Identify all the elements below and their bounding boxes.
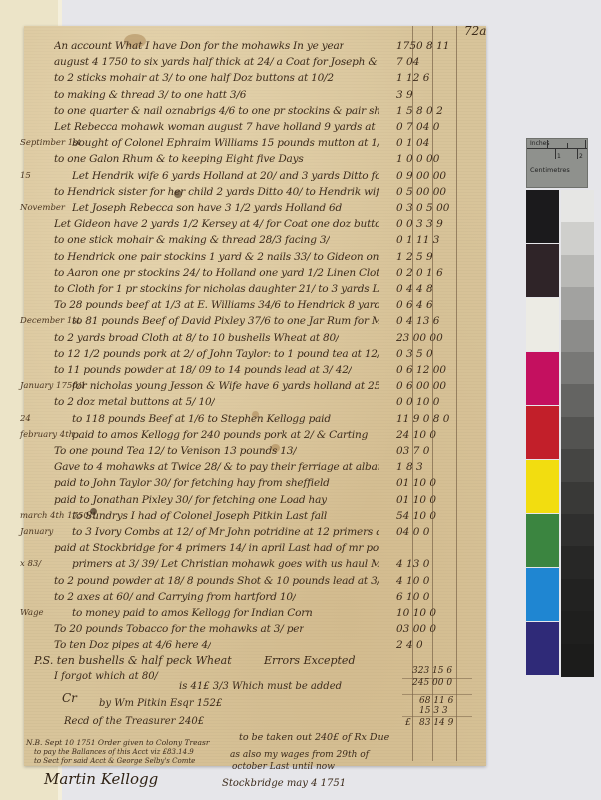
ledger-entry: to Cloth for 1 pr stockins for nicholas … xyxy=(54,283,379,295)
entry-amount: 4 13 0 xyxy=(396,558,429,570)
margin-note: february 4th xyxy=(20,430,74,440)
entry-amount: 0 1 11 3 xyxy=(396,234,439,246)
ruler-tick xyxy=(555,149,556,159)
total-line-4: 15 3 3 xyxy=(419,706,448,716)
entry-amount: 23 00 00 xyxy=(396,332,443,344)
ledger-entry: to 2 yards broad Cloth at 8/ to 10 bushe… xyxy=(54,332,339,344)
ledger-entry: paid to amos Kellogg for 240 pounds pork… xyxy=(72,429,368,441)
swatch-white xyxy=(526,298,559,351)
gray-step xyxy=(561,190,594,223)
entry-amount: 1 5 8 0 2 xyxy=(396,105,443,117)
total-rule xyxy=(402,694,472,695)
ruler-number-1: 1 xyxy=(557,153,561,160)
total-rule xyxy=(402,716,472,717)
gray-step xyxy=(561,384,594,417)
ruler-number-2: 2 xyxy=(579,153,583,160)
swatch-blue-violet xyxy=(526,622,559,675)
ledger-entry: to one Galon Rhum & to keeping Eight fiv… xyxy=(54,153,304,165)
margin-note: January xyxy=(20,527,53,537)
entry-amount: 0 6 4 6 xyxy=(396,299,433,311)
ledger-entry: to 11 pounds powder at 18/ 09 to 14 poun… xyxy=(54,364,352,376)
ledger-entry: for nicholas young Jesson & Wife have 6 … xyxy=(72,380,379,392)
column-rule xyxy=(432,26,433,761)
gray-step xyxy=(561,546,594,579)
entry-amount: 0 4 13 6 xyxy=(396,315,439,327)
entry-amount: 01 10 0 xyxy=(396,494,436,506)
ledger-entry: to 2 axes at 60/ and Carrying from hartf… xyxy=(54,591,296,603)
swatch-dark-brown xyxy=(526,244,559,297)
gray-step xyxy=(561,352,594,385)
entry-amount: 0 7 04 0 xyxy=(396,121,439,133)
credit-line: by Wm Pitkin Esqr 152£ xyxy=(99,698,222,709)
gray-step xyxy=(561,611,594,644)
ledger-entry: Let Rebecca mohawk woman august 7 have h… xyxy=(54,121,379,133)
ps-line-2b: is 41£ 3/3 Which must be added xyxy=(179,681,342,692)
ruler-centimetres-label: Centimetres xyxy=(530,166,570,174)
entry-amount: 11 9 0 8 0 xyxy=(396,413,449,425)
ledger-entry: paid at Stockbridge for 4 primers 14/ in… xyxy=(54,542,379,554)
ledger-entry: To 28 pounds beef at 1/3 at E. Williams … xyxy=(54,299,379,311)
swatch-cyan xyxy=(526,568,559,621)
margin-note: November xyxy=(20,203,65,213)
swatch-green xyxy=(526,514,559,567)
ledger-page: 72a An account What I have Don for the m… xyxy=(24,26,486,766)
nb-line-2: to pay the Ballances of this Acct viz £8… xyxy=(34,748,194,756)
scale-ruler: Inches 1 2 Centimetres xyxy=(526,138,588,188)
entry-amount: 0 4 4 8 xyxy=(396,283,433,295)
ruler-tick xyxy=(567,143,568,148)
ruler-tick xyxy=(585,140,586,148)
gray-step xyxy=(561,320,594,353)
entry-amount: 1 8 3 xyxy=(396,461,423,473)
ledger-entry: To 20 pounds Tobacco for the mohawks at … xyxy=(54,623,304,635)
entry-amount: 6 10 0 xyxy=(396,591,429,603)
ledger-entry: paid to Jonathan Pixley 30/ for fetching… xyxy=(54,494,327,506)
swatch-magenta xyxy=(526,352,559,405)
gray-step xyxy=(561,417,594,450)
ledger-entry: An account What I have Don for the mohaw… xyxy=(54,40,344,52)
gray-step xyxy=(561,287,594,320)
total-currency: £ xyxy=(405,718,411,728)
entry-amount: 0 3 5 0 xyxy=(396,348,433,360)
ledger-entry: Gave to 4 mohawks at Twice 28/ & to pay … xyxy=(54,461,379,473)
ledger-entry: Let Gideon have 2 yards 1/2 Kersey at 4/… xyxy=(54,218,379,230)
errors-excepted: Errors Excepted xyxy=(264,654,356,667)
margin-note: 24 xyxy=(20,414,31,424)
entry-amount: 0 2 0 1 6 xyxy=(396,267,443,279)
ledger-entry: to Sundrys I had of Colonel Joseph Pitki… xyxy=(72,510,327,522)
nb-line-3: to Sect for said Acct & George Selby's C… xyxy=(34,757,195,765)
entry-amount: 0 0 3 3 9 xyxy=(396,218,443,230)
ledger-entry: bought of Colonel Ephraim Williams 15 po… xyxy=(72,137,379,149)
entry-amount: 1 2 5 9 xyxy=(396,251,433,263)
ledger-entry: to 81 pounds Beef of David Pixley 37/6 t… xyxy=(72,315,379,327)
gray-step xyxy=(561,514,594,547)
entry-amount: 0 6 00 00 xyxy=(396,380,446,392)
ruler-line xyxy=(527,148,587,149)
signature: Martin Kellogg xyxy=(44,770,158,788)
gray-step xyxy=(561,222,594,255)
ledger-entry: to 118 pounds Beef at 1/6 to Stephen Kel… xyxy=(72,413,331,425)
gray-step xyxy=(561,449,594,482)
place-date: Stockbridge may 4 1751 xyxy=(222,778,346,789)
wages-line-1: as also my wages from 29th of xyxy=(230,750,369,760)
gray-step xyxy=(561,482,594,515)
entry-amount: 1750 8 11 xyxy=(396,40,449,52)
swatch-black xyxy=(526,190,559,243)
ledger-entry: to 12 1/2 pounds pork at 2/ of John Tayl… xyxy=(54,348,379,360)
entry-amount: 0 9 00 00 xyxy=(396,170,446,182)
entry-amount: 03 00 0 xyxy=(396,623,436,635)
margin-note: Wage xyxy=(20,608,44,618)
ledger-entry: primers at 3/ 39/ Let Christian mohawk g… xyxy=(72,558,379,570)
gray-step xyxy=(561,644,594,677)
ledger-entry: to 2 sticks mohair at 3/ to one half Doz… xyxy=(54,72,334,84)
ledger-entry: to one stick mohair & making & thread 28… xyxy=(54,234,330,246)
ledger-entry: Let Joseph Rebecca son have 3 1/2 yards … xyxy=(72,202,342,214)
entry-amount: 10 10 0 xyxy=(396,607,436,619)
entry-amount: 1 0 0 00 xyxy=(396,153,439,165)
ledger-entry: paid to John Taylor 30/ for fetching hay… xyxy=(54,477,330,489)
ledger-entry: To one pound Tea 12/ to Venison 13 pound… xyxy=(54,445,297,457)
entry-amount: 2 4 0 xyxy=(396,639,423,651)
ledger-entry: to 2 doz metal buttons at 5/ 10/ xyxy=(54,396,215,408)
ledger-entry: to money paid to amos Kellogg for Indian… xyxy=(72,607,313,619)
ledger-entry: to Aaron one pr stockins 24/ to Holland … xyxy=(54,267,379,279)
gray-step xyxy=(561,255,594,288)
entry-amount: 7 04 xyxy=(396,56,419,68)
ledger-entry: to Hendrick one pair stockins 1 yard & 2… xyxy=(54,251,379,263)
entry-amount: 0 6 12 00 xyxy=(396,364,446,376)
page-number: 72a xyxy=(464,24,486,38)
ledger-entry: to Hendrick sister for her child 2 yards… xyxy=(54,186,379,198)
total-line-2: 245 00 0 xyxy=(412,678,452,688)
nb-line-1: N.B. Sept 10 1751 Order given to Colony … xyxy=(26,738,209,747)
entry-amount: 0 5 00 00 xyxy=(396,186,446,198)
ps-line: P.S. ten bushells & half peck Wheat xyxy=(34,654,232,667)
margin-note: x 83/ xyxy=(20,559,41,569)
entry-amount: 0 1 04 xyxy=(396,137,429,149)
ruler-tick xyxy=(547,140,548,148)
column-rule xyxy=(456,26,457,761)
credit-label: Cr xyxy=(62,691,77,705)
gray-step xyxy=(561,579,594,612)
entry-amount: 01 10 0 xyxy=(396,477,436,489)
received-line: Recd of the Treasurer 240£ xyxy=(64,716,204,727)
ledger-entry: Let Hendrik wife 6 yards Holland at 20/ … xyxy=(72,170,379,182)
ruler-tick xyxy=(577,149,578,159)
entry-amount: 54 10 0 xyxy=(396,510,436,522)
margin-note: 15 xyxy=(20,171,31,181)
color-calibration-card: Inches 1 2 Centimetres xyxy=(526,138,599,678)
swatch-red xyxy=(526,406,559,459)
entry-amount: 03 7 0 xyxy=(396,445,429,457)
entry-amount: 1 12 6 xyxy=(396,72,429,84)
ledger-entry: to 3 Ivory Combs at 12/ of Mr John potri… xyxy=(72,526,379,538)
ledger-entry: to 2 pound powder at 18/ 8 pounds Shot &… xyxy=(54,575,379,587)
entry-amount: 0 3 0 5 00 xyxy=(396,202,449,214)
entry-amount: 24 10 0 xyxy=(396,429,436,441)
ledger-entry: to one quarter & nail oznabrigs 4/6 to o… xyxy=(54,105,379,117)
total-line-1: 323 15 6 xyxy=(412,666,452,676)
entry-amount: 04 0 0 xyxy=(396,526,429,538)
taken-note: to be taken out 240£ of Rx Due xyxy=(239,732,389,743)
entry-amount: 3 9 xyxy=(396,89,413,101)
ledger-entry: To ten Doz pipes at 4/6 here 4/ xyxy=(54,639,211,651)
grand-total: 83 14 9 xyxy=(419,718,453,728)
wages-line-2: october Last until now xyxy=(232,762,335,772)
ps-line-2: I forgot which at 80/ xyxy=(54,671,158,682)
total-line-3: 68 11 6 xyxy=(419,696,453,706)
swatch-yellow xyxy=(526,460,559,513)
entry-amount: 4 10 0 xyxy=(396,575,429,587)
entry-amount: 0 0 10 0 xyxy=(396,396,439,408)
ledger-entry: august 4 1750 to six yards half thick at… xyxy=(54,56,379,68)
ledger-entry: to making & thread 3/ to one hatt 3/6 xyxy=(54,89,246,101)
